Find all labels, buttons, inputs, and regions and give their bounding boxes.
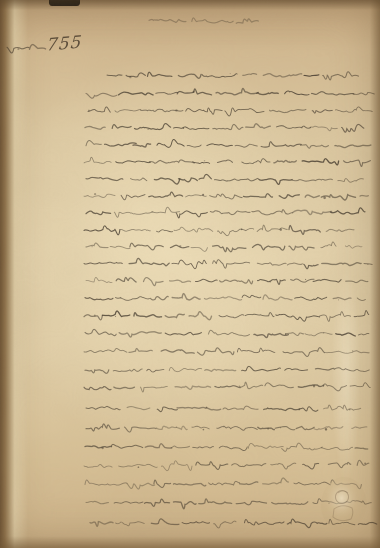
manuscript-scan: 755 <box>0 0 380 548</box>
reference-number: 755 <box>46 34 83 54</box>
handwriting-ink-layer <box>0 0 380 548</box>
embossed-portrait-seal <box>321 477 367 533</box>
paper-grain-texture <box>0 0 380 548</box>
